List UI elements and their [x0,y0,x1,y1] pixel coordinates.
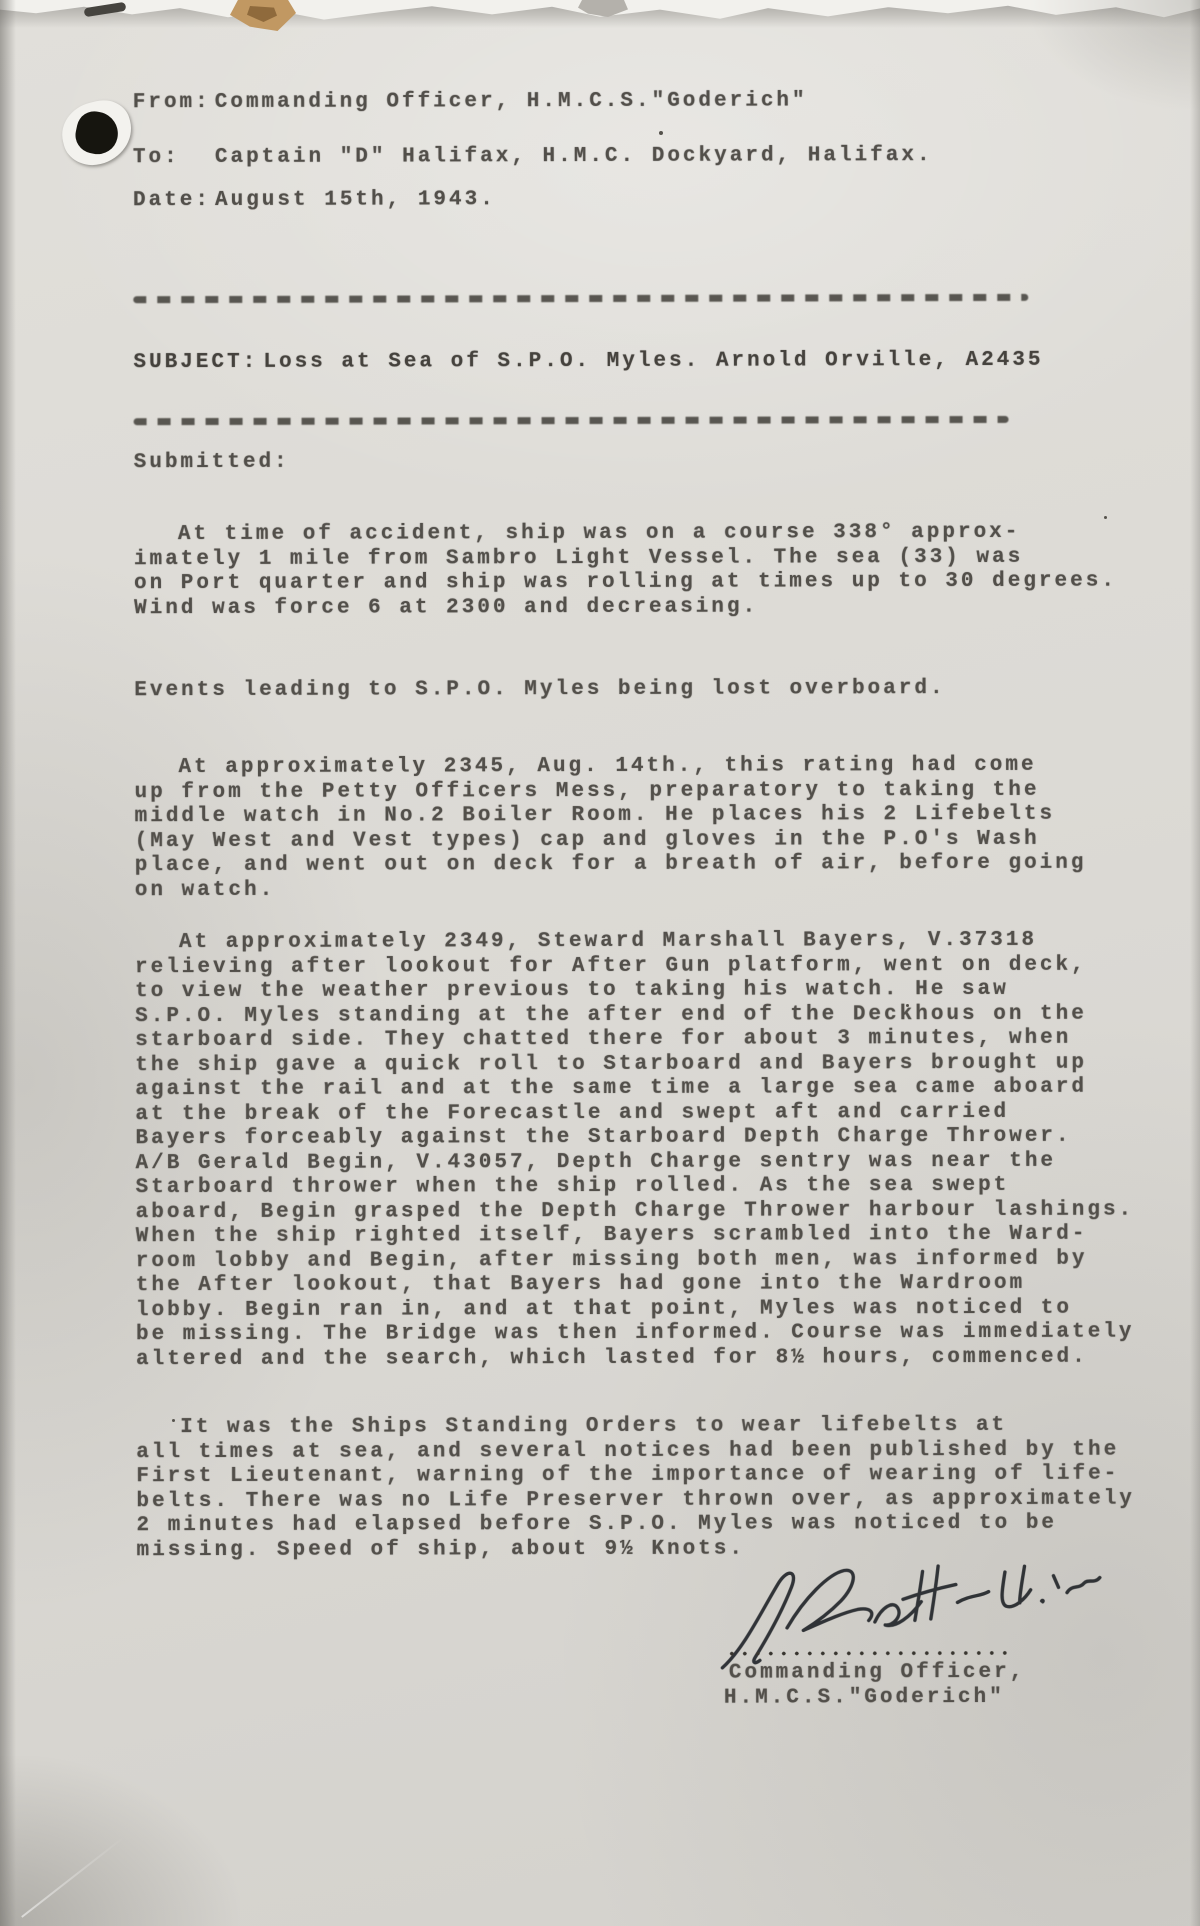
salutation: Submitted: [134,451,290,476]
date-row: Date: August 15th, 1943. [133,188,496,213]
from-row: From: Commanding Officer, H.M.C.S."Goder… [133,89,808,115]
from-label: From: [133,91,215,116]
paragraph-accident: At time of accident, ship was on a cours… [134,520,1184,621]
subject-value: Loss at Sea of S.P.O. Myles. Arnold Orvi… [263,349,1043,376]
signature-ship: H.M.C.S."Goderich" [724,1686,1005,1711]
to-row: To: Captain "D" Halifax, H.M.C. Dockyard… [133,144,933,171]
to-label: To: [133,146,215,171]
dashed-separator-bottom [134,416,1009,425]
subject-row: SUBJECT: Loss at Sea of S.P.O. Myles. Ar… [133,349,1043,376]
section-heading-events: Events leading to S.P.O. Myles being los… [134,677,945,704]
date-value: August 15th, 1943. [215,188,496,213]
signature-title: Commanding Officer, [729,1661,1026,1686]
typed-text-layer: From: Commanding Officer, H.M.C.S."Goder… [0,0,1200,1926]
subject-label: SUBJECT: [133,351,263,376]
date-label: Date: [133,189,215,214]
dashed-separator-top [133,294,1028,303]
paragraph-rating: At approximately 2345, Aug. 14th., this … [134,753,1184,903]
paragraph-incident: At approximately 2349, Steward Marshall … [135,928,1186,1372]
to-value: Captain "D" Halifax, H.M.C. Dockyard, Ha… [215,144,933,170]
signature-dotted-line [728,1649,1010,1658]
from-value: Commanding Officer, H.M.C.S."Goderich" [215,89,808,115]
scanned-letter-page: From: Commanding Officer, H.M.C.S."Goder… [0,0,1200,1926]
